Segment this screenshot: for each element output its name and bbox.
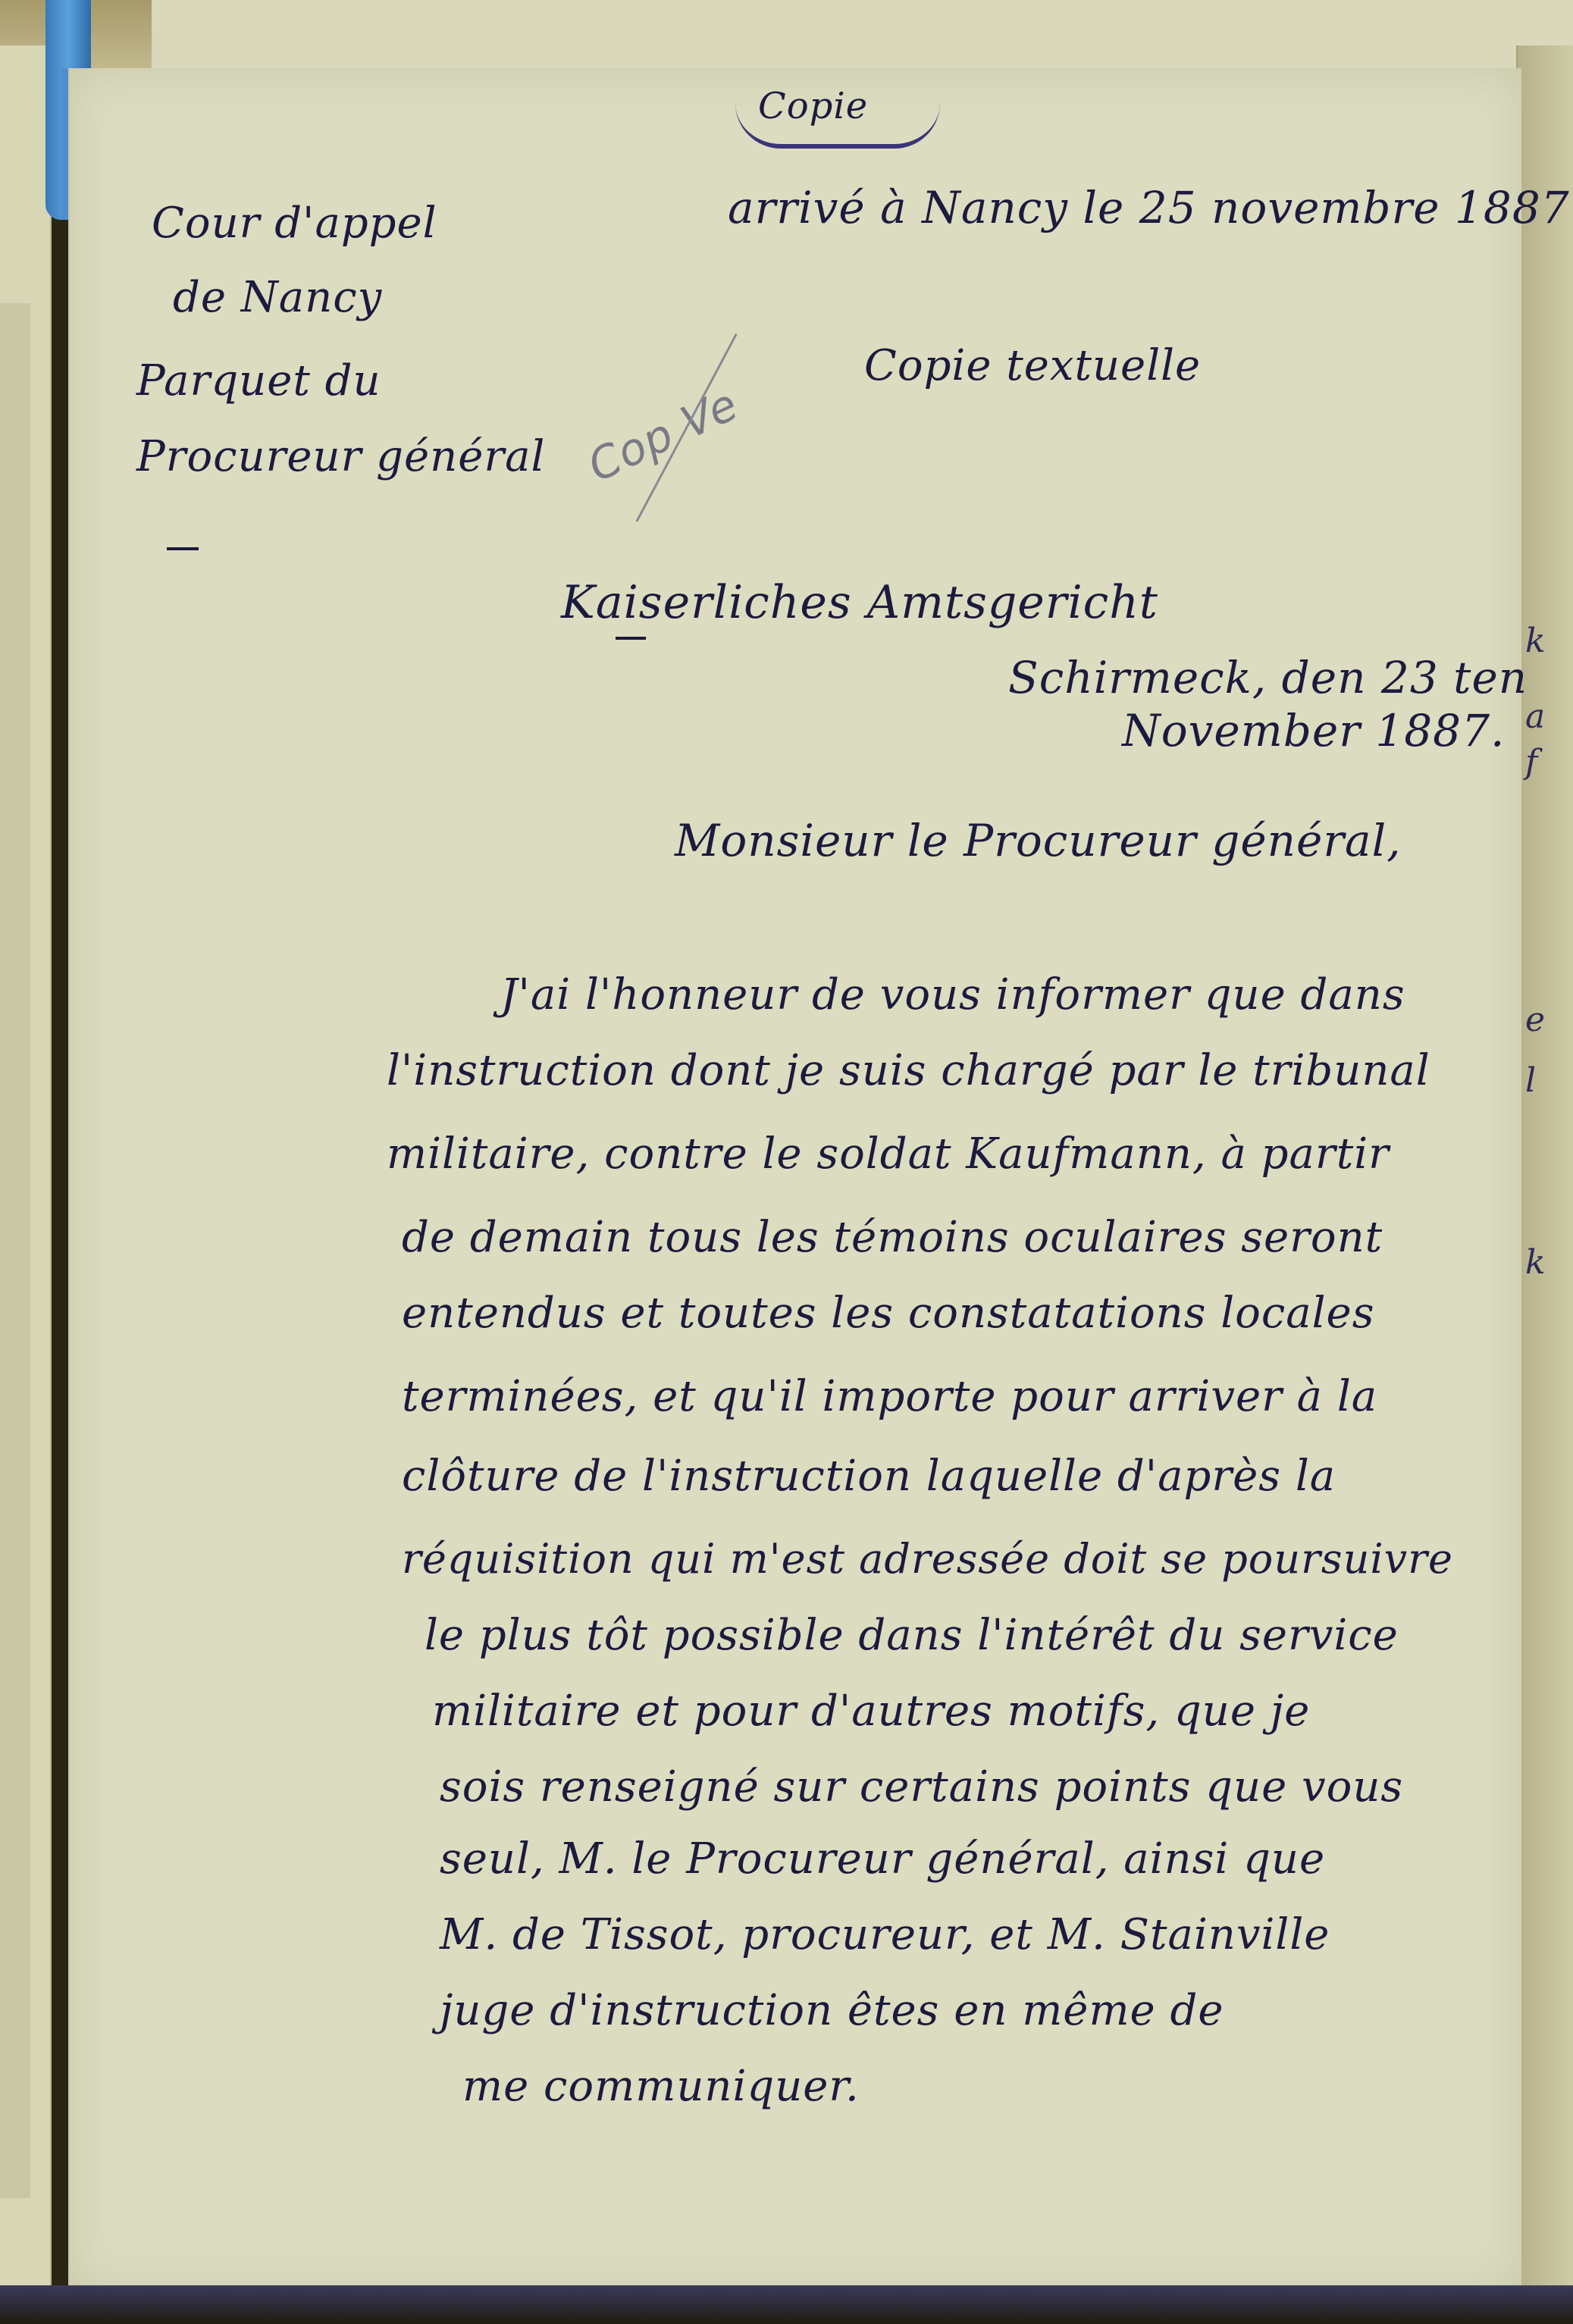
bottom-shadow <box>0 2285 1573 2324</box>
sender-city: de Nancy <box>173 273 382 322</box>
adjacent-fragment: a <box>1525 697 1545 736</box>
body-line: terminées, et qu'il importe pour arriver… <box>402 1372 1377 1421</box>
body-line: l'instruction dont je suis chargé par le… <box>387 1046 1430 1095</box>
body-line: clôture de l'instruction laquelle d'aprè… <box>402 1452 1336 1501</box>
body-line: juge d'instruction êtes en même de <box>440 1986 1224 2035</box>
body-line: entendus et toutes les constatations loc… <box>402 1289 1374 1338</box>
adjacent-fragment: k <box>1525 622 1546 660</box>
sender-office: Parquet du <box>136 356 381 406</box>
body-line: le plus tôt possible dans l'intérêt du s… <box>425 1611 1399 1660</box>
copy-mark-underline <box>735 99 940 149</box>
right-adjacent-sheet: k a f e l k <box>1516 45 1573 2304</box>
adjacent-fragment: l <box>1525 1061 1536 1100</box>
body-line: M. de Tissot, procureur, et M. Stainvill… <box>440 1910 1330 1959</box>
body-line: J'ai l'honneur de vous informer que dans <box>500 970 1405 1019</box>
body-line: sois renseigné sur certains points que v… <box>440 1762 1403 1812</box>
body-line: de demain tous les témoins oculaires ser… <box>402 1213 1383 1262</box>
adjacent-fragment: f <box>1525 743 1537 781</box>
arrival-note: arrivé à Nancy le 25 novembre 1887. <box>728 182 1573 233</box>
back-sheet <box>152 0 1573 77</box>
verbatim-note: Copie textuelle <box>864 341 1201 390</box>
salutation: Monsieur le Procureur général, <box>675 815 1402 866</box>
adjacent-fragment: e <box>1525 1001 1545 1039</box>
body-line: militaire, contre le soldat Kaufmann, à … <box>387 1129 1390 1179</box>
left-adjacent-sheet-edge <box>0 303 30 2198</box>
letterhead-office: Kaiserliches Amtsgericht <box>561 576 1158 629</box>
sender-title: Procureur général <box>136 432 545 481</box>
body-line: seul, M. le Procureur général, ainsi que <box>440 1834 1325 1884</box>
letterhead-place-date: Schirmeck, den 23 ten <box>1008 652 1528 703</box>
body-line: me communiquer. <box>462 2062 860 2111</box>
body-line: militaire et pour d'autres motifs, que j… <box>432 1687 1310 1736</box>
letterhead-date: November 1887. <box>1122 705 1505 756</box>
letterhead-underline <box>616 637 646 640</box>
adjacent-fragment: k <box>1525 1243 1546 1282</box>
sender-court: Cour d'appel <box>152 199 437 248</box>
sender-separator <box>167 547 199 550</box>
body-line: réquisition qui m'est adressée doit se p… <box>402 1535 1453 1583</box>
